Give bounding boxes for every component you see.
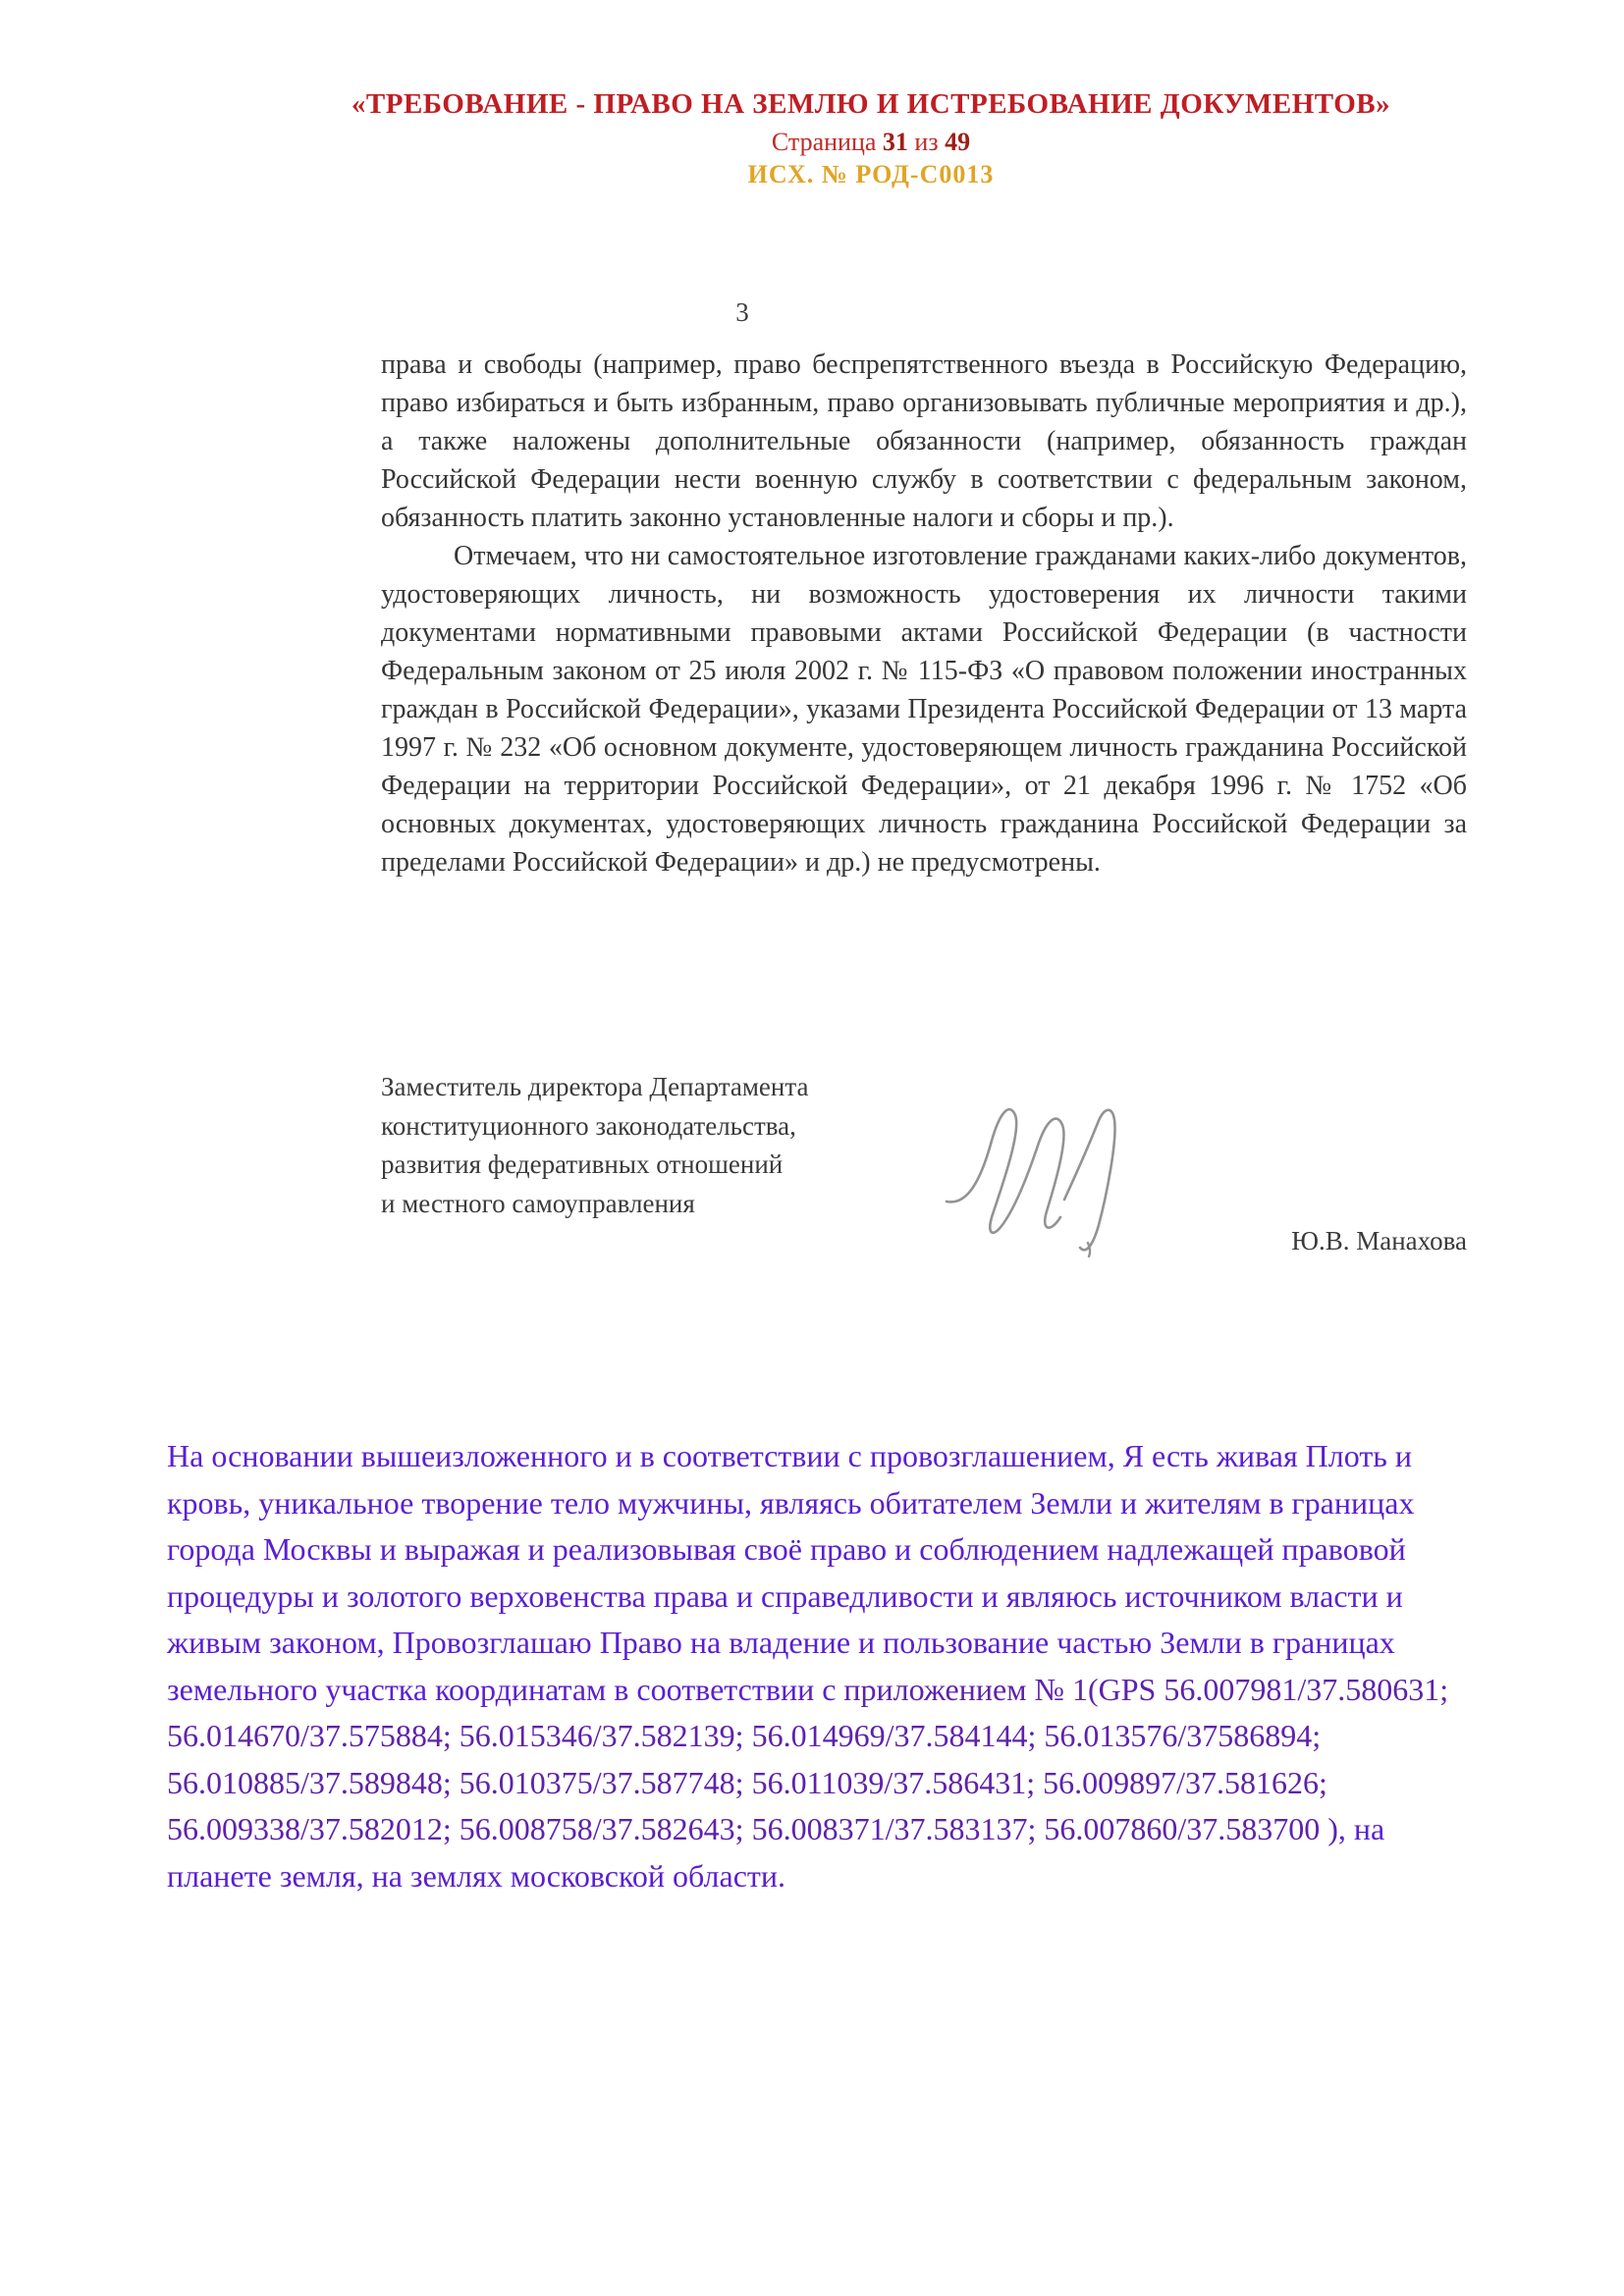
handwritten-signature-icon (941, 1086, 1147, 1262)
document-header: «ТРЕБОВАНИЕ - ПРАВО НА ЗЕМЛЮ И ИСТРЕБОВА… (118, 88, 1624, 189)
declaration-text: На основании вышеизложенного и в соответ… (167, 1433, 1483, 1899)
document-title: «ТРЕБОВАНИЕ - ПРАВО НА ЗЕМЛЮ И ИСТРЕБОВА… (118, 88, 1624, 121)
body-paragraph-1: права и свободы (например, право беспреп… (381, 346, 1467, 537)
page-number: 3 (0, 297, 1485, 328)
signatory-position-line: конституционного законодательства, (381, 1107, 872, 1147)
signature-block: Заместитель директора Департамента конст… (381, 1068, 1467, 1262)
signatory-position-line: и местного самоуправления (381, 1185, 872, 1224)
page-indicator-of: из (914, 128, 938, 156)
page-indicator-current: 31 (883, 128, 908, 156)
outgoing-reference-number: ИСХ. № РОД-С0013 (118, 160, 1624, 189)
signatory-name: Ю.В. Манахова (1291, 1226, 1467, 1262)
page-indicator: Страница 31 из 49 (118, 128, 1624, 157)
body-text: права и свободы (например, право беспреп… (381, 346, 1467, 881)
document-page: «ТРЕБОВАНИЕ - ПРАВО НА ЗЕМЛЮ И ИСТРЕБОВА… (0, 0, 1624, 2296)
page-indicator-total: 49 (945, 128, 970, 156)
signatory-position-line: развития федеративных отношений (381, 1146, 872, 1185)
signatory-position: Заместитель директора Департамента конст… (381, 1068, 872, 1223)
declaration-prose-segment: На основании вышеизложенного и в соответ… (167, 1438, 1414, 1707)
signatory-position-line: Заместитель директора Департамента (381, 1068, 872, 1107)
page-indicator-label: Страница (772, 128, 877, 156)
body-paragraph-2: Отмечаем, что ни самостоятельное изготов… (381, 537, 1467, 881)
